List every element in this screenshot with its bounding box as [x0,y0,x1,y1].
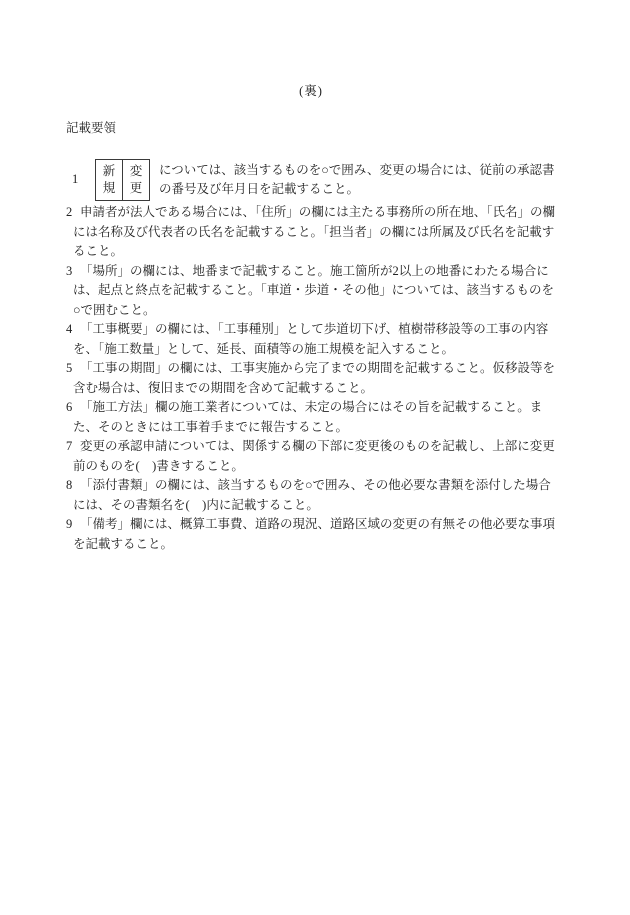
instruction-item-5: 5「工事の期間」の欄には、工事実施から完了までの期間を記載すること。仮移設等を含… [73,359,556,398]
item-4-text: 「工事概要」の欄には、「工事種別」として歩道切下げ、植樹帯移設等の工事の内容を、… [73,322,548,356]
option-change-cell: 変更 [123,160,150,201]
page-side-label: (裏) [66,82,556,102]
instruction-item-9: 9「備考」欄には、概算工事費、道路の現況、道路区域の変更の有無その他必要な事項を… [73,515,556,554]
item-3-text: 「場所」の欄には、地番まで記載すること。施工箇所が2以上の地番にわたる場合には、… [73,264,554,317]
item-9-number: 9 [66,515,80,535]
document-heading: 記載要領 [66,119,556,139]
option-new-cell: 新規 [96,160,123,201]
new-change-option-row: 新規 変更 [96,160,150,201]
new-change-option-box: 新規 変更 [95,159,150,201]
item-1-number: 1 [66,170,95,190]
item-1-text: については、該当するものを○で囲み、変更の場合には、従前の承認書の番号及び年月日… [159,161,556,200]
instruction-item-3: 3「場所」の欄には、地番まで記載すること。施工箇所が2以上の地番にわたる場合には… [73,262,556,321]
instruction-item-2: 2申請者が法人である場合には、「住所」の欄には主たる事務所の所在地、「氏名」の欄… [73,203,556,262]
item-3-number: 3 [66,262,80,282]
item-6-number: 6 [66,398,80,418]
instruction-item-6: 6「施工方法」欄の施工業者については、未定の場合にはその旨を記載すること。また、… [73,398,556,437]
item-5-text: 「工事の期間」の欄には、工事実施から完了までの期間を記載すること。仮移設等を含む… [73,361,555,395]
instruction-item-4: 4「工事概要」の欄には、「工事種別」として歩道切下げ、植樹帯移設等の工事の内容を… [73,320,556,359]
item-9-text: 「備考」欄には、概算工事費、道路の現況、道路区域の変更の有無その他必要な事項を記… [73,517,555,551]
item-4-number: 4 [66,320,80,340]
item-8-number: 8 [66,476,80,496]
item-8-text: 「添付書類」の欄には、該当するものを○で囲み、その他必要な書類を添付した場合には… [73,478,551,512]
item-2-text: 申請者が法人である場合には、「住所」の欄には主たる事務所の所在地、「氏名」の欄に… [73,205,555,258]
instruction-item-8: 8「添付書類」の欄には、該当するものを○で囲み、その他必要な書類を添付した場合に… [73,476,556,515]
item-5-number: 5 [66,359,80,379]
item-7-number: 7 [66,437,80,457]
document-page: (裏) 記載要領 1 新規 変更 については、該当するものを○で囲み、変更の場合… [0,0,630,915]
document-content: (裏) 記載要領 1 新規 変更 については、該当するものを○で囲み、変更の場合… [66,82,556,554]
instruction-list: 2申請者が法人である場合には、「住所」の欄には主たる事務所の所在地、「氏名」の欄… [66,203,556,554]
item-6-text: 「施工方法」欄の施工業者については、未定の場合にはその旨を記載すること。また、そ… [73,400,542,434]
item-2-number: 2 [66,203,80,223]
item-7-text: 変更の承認申請については、関係する欄の下部に変更後のものを記載し、上部に変更前の… [73,439,555,473]
instruction-item-1: 1 新規 変更 については、該当するものを○で囲み、変更の場合には、従前の承認書… [66,159,556,201]
instruction-item-7: 7変更の承認申請については、関係する欄の下部に変更後のものを記載し、上部に変更前… [73,437,556,476]
